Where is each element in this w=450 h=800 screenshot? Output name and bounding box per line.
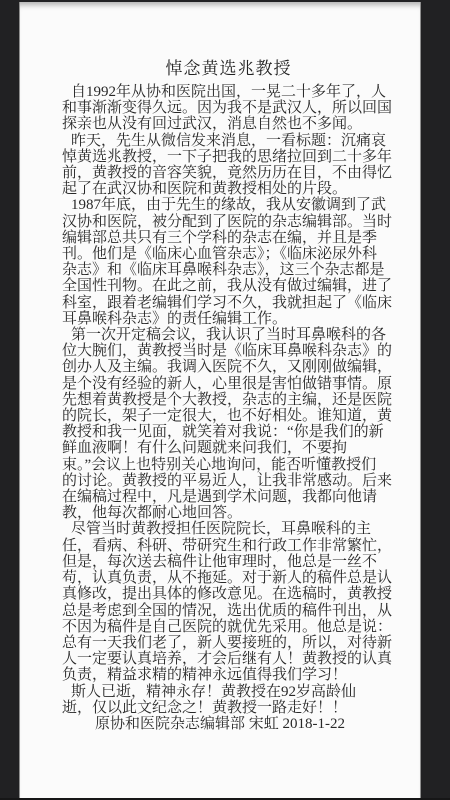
text-line: 自1992年从协和医院出国，一晃二十多年了，人 xyxy=(62,84,395,100)
letterbox-right xyxy=(422,0,450,800)
document-title: 悼念黄选兆教授 xyxy=(62,58,395,80)
text-line: 教授和我一见面，就笑着对我说：“你是我们的新 xyxy=(62,424,395,440)
text-line: 刊。他们是《临床心血管杂志》；《临床泌尿外科 xyxy=(62,246,395,262)
text-line: 创办人及主编。我调入医院不久，又刚刚做编辑， xyxy=(62,359,395,375)
signature-line: 原协和医院杂志编辑部 宋虹 2018-1-22 xyxy=(62,716,395,732)
text-line: 全国性刊物。在此之前，我从没有做过编辑，进了 xyxy=(62,278,395,294)
document-page: 悼念黄选兆教授 自1992年从协和医院出国，一晃二十多年了，人和事渐渐变得久远。… xyxy=(19,2,421,798)
text-line: 悼黄选兆教授，一下子把我的思绪拉回到二十多年 xyxy=(62,149,395,165)
text-line: 总是考虑到全国的情况，选出优质的稿件刊出，从 xyxy=(62,603,395,619)
text-line: 负责，精益求精的精神永远值得我们学习！ xyxy=(62,667,395,683)
text-line: 是个没有经验的新人，心里很是害怕做错事情。原 xyxy=(62,376,395,392)
text-line: 斯人已逝，精神永存！黄教授在92岁高龄仙 xyxy=(62,684,395,700)
text-line: 但是，每次送去稿件让他审理时，他总是一丝不 xyxy=(62,554,395,570)
text-line: 科室，跟着老编辑们学习不久，我就担起了《临床 xyxy=(62,295,395,311)
text-line: 鲜血液啊！有什么问题就来问我们，不要拘 xyxy=(62,440,395,456)
document-body: 自1992年从协和医院出国，一晃二十多年了，人和事渐渐变得久远。因为我不是武汉人… xyxy=(62,84,395,732)
text-line: 人一定要认真培养，才会后继有人！黄教授的认真 xyxy=(62,651,395,667)
text-line: 前，黄教授的音容笑貌，竟然历历在目，不由得忆 xyxy=(62,165,395,181)
text-line: 杂志》和《临床耳鼻喉科杂志》，这三个杂志都是 xyxy=(62,262,395,278)
text-line: 苟，认真负责，从不拖延。对于新人的稿件总是认 xyxy=(62,570,395,586)
text-line: 的讨论。黄教授的平易近人，让我非常感动。后来 xyxy=(62,473,395,489)
text-line: 昨天，先生从微信发来消息，一看标题：沉痛哀 xyxy=(62,133,395,149)
text-line: 不因为稿件是自己医院的就优先采用。他总是说： xyxy=(62,619,395,635)
text-line: 先想着黄教授是个大教授，杂志的主编，还是医院 xyxy=(62,392,395,408)
text-line: 起了在武汉协和医院和黄教授相处的片段。 xyxy=(62,181,395,197)
text-line: 逝，仅以此文纪念之！黄教授一路走好！！ xyxy=(62,700,395,716)
text-line: 总有一天我们老了，新人要接班的，所以，对待新 xyxy=(62,635,395,651)
letterbox-left xyxy=(0,0,19,800)
text-line: 位大腕们，黄教授当时是《临床耳鼻喉科杂志》的 xyxy=(62,343,395,359)
text-line: 编辑部总共只有三个学科的杂志在编，并且是季 xyxy=(62,230,395,246)
document-content: 悼念黄选兆教授 自1992年从协和医院出国，一晃二十多年了，人和事渐渐变得久远。… xyxy=(62,58,395,732)
text-line: 任，看病、科研、带研究生和行政工作非常繁忙， xyxy=(62,538,395,554)
text-line: 探亲也从没有回过武汉，消息自然也不多闻。 xyxy=(62,116,395,132)
text-line: 尽管当时黄教授担任医院院长，耳鼻喉科的主 xyxy=(62,521,395,537)
photo-viewer-screen: 悼念黄选兆教授 自1992年从协和医院出国，一晃二十多年了，人和事渐渐变得久远。… xyxy=(0,0,450,800)
text-line: 和事渐渐变得久远。因为我不是武汉人，所以回国 xyxy=(62,100,395,116)
text-line: 教，他每次都耐心地回答。 xyxy=(62,505,395,521)
text-line: 耳鼻喉科杂志》的责任编辑工作。 xyxy=(62,311,395,327)
text-line: 在编稿过程中，凡是遇到学术问题，我都向他请 xyxy=(62,489,395,505)
text-line: 第一次开定稿会议，我认识了当时耳鼻喉科的各 xyxy=(62,327,395,343)
text-line: 1987年底，由于先生的缘故，我从安徽调到了武 xyxy=(62,197,395,213)
text-line: 汉协和医院，被分配到了医院的杂志编辑部。当时 xyxy=(62,214,395,230)
text-line: 束。”会议上也特别关心地询问，能否听懂教授们 xyxy=(62,457,395,473)
text-line: 的院长，架子一定很大，也不好相处。谁知道，黄 xyxy=(62,408,395,424)
text-line: 真修改，提出具体的修改意见。在选稿时，黄教授 xyxy=(62,586,395,602)
